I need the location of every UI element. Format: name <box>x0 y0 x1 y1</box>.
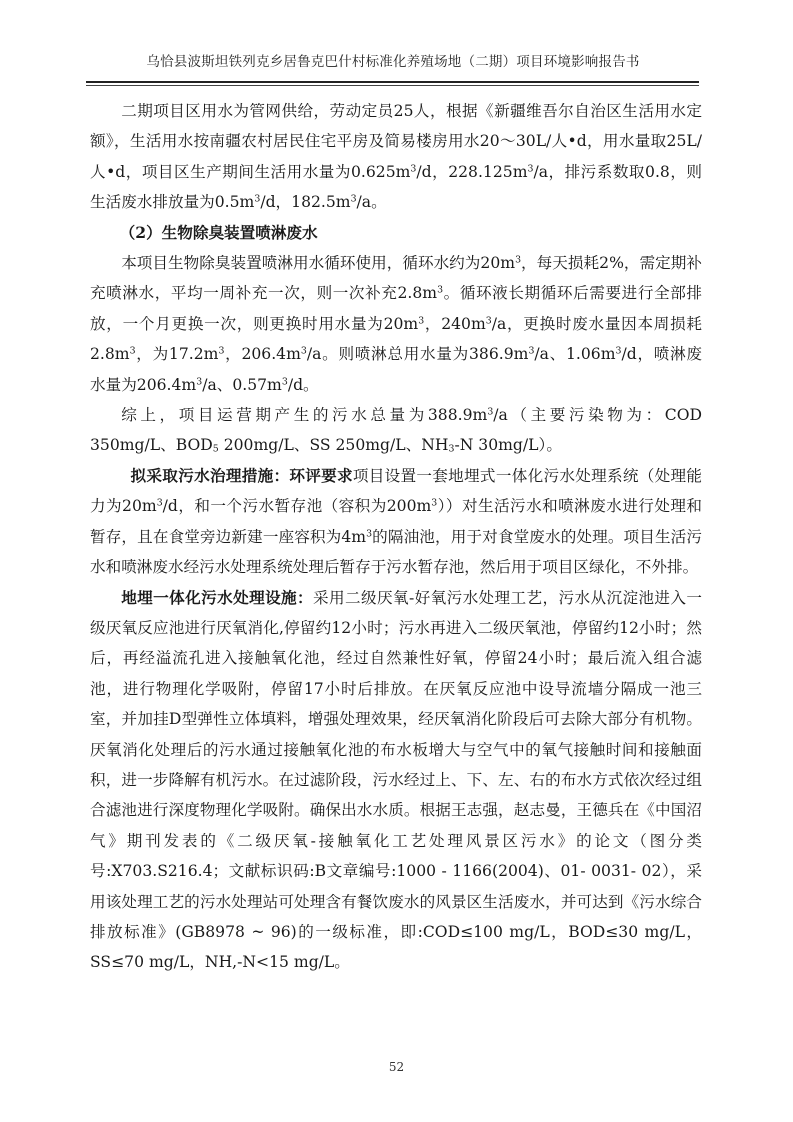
text-run: 采用二级厌氧-好氧污水处理工艺，污水从沉淀池进入一级厌氧反应池进行厌氧消化,停留… <box>90 589 702 972</box>
paragraph-summary: 综上，项目运营期产生的污水总量为388.9m3/a（主要污染物为：COD 350… <box>90 400 702 461</box>
paragraph-domestic-water: 二期项目区用水为管网供给，劳动定员25人，根据《新疆维吾尔自治区生活用水定额》，… <box>90 96 702 218</box>
text-run: /d，228.125m <box>416 163 527 181</box>
text-run: -N 30mg/L）。 <box>454 436 561 454</box>
text-run: /d，和一个污水暂存池（容积为200m <box>163 497 432 515</box>
text-run: /d。 <box>288 376 319 394</box>
page-number: 52 <box>0 1060 793 1074</box>
text-run: ，206.4m <box>224 345 300 363</box>
text-run: /d，182.5m <box>260 193 350 211</box>
text-run: 综上，项目运营期产生的污水总量为388.9m <box>121 406 487 424</box>
paragraph-treatment-measures: 拟采取污水治理措施：环评要求项目设置一套地埋式一体化污水处理系统（处理能力为20… <box>90 461 702 583</box>
document-header-title: 乌恰县波斯坦铁列克乡居鲁克巴什村标准化养殖场地（二期）项目环境影响报告书 <box>86 50 700 70</box>
text-run: /a、0.57m <box>202 376 282 394</box>
text-run: /a。则喷淋总用水量为386.9m <box>307 345 529 363</box>
text-run: /a、1.06m <box>534 345 615 363</box>
paragraph-spray-water: 本项目生物除臭装置喷淋用水循环使用，循环水约为20m3，每天损耗2%，需定期补充… <box>90 248 702 400</box>
text-run: ，240m <box>424 315 486 333</box>
bold-lead: 地埋一体化污水处理设施： <box>121 588 313 607</box>
text-run: /a。 <box>357 193 387 211</box>
bold-lead: 拟采取污水治理措施：环评要求 <box>131 466 353 485</box>
text-run: 本项目生物除臭装置喷淋用水循环使用，循环水约为20m <box>121 254 515 272</box>
section-heading-spray-wastewater: （2）生物除臭装置喷淋废水 <box>90 218 702 248</box>
paragraph-treatment-facility: 地埋一体化污水处理设施：采用二级厌氧-好氧污水处理工艺，污水从沉淀池进入一级厌氧… <box>90 583 702 978</box>
text-run: 200mg/L、SS 250mg/L、NH <box>219 436 449 454</box>
text-run: ，为17.2m <box>136 345 219 363</box>
header-rule-thin <box>86 85 699 86</box>
header-rule-thick <box>86 81 699 83</box>
document-body: 二期项目区用水为管网供给，劳动定员25人，根据《新疆维吾尔自治区生活用水定额》，… <box>90 96 702 978</box>
